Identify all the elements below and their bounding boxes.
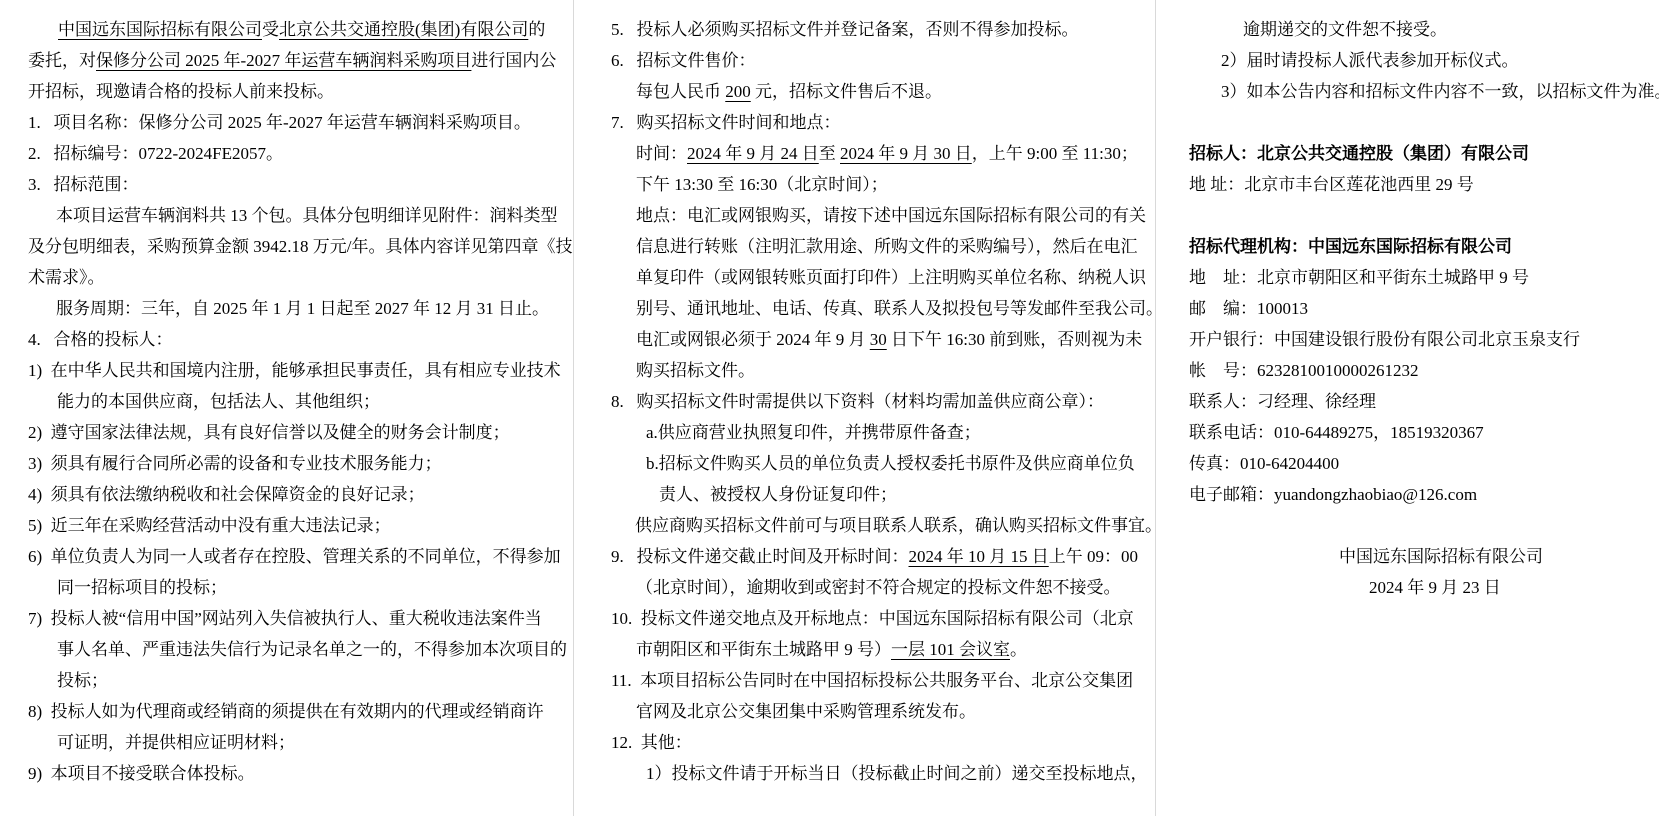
text-segment: 传真：010-64204400 (1189, 454, 1339, 473)
text-segment: 一层 101 会议室 (891, 640, 1010, 659)
text-segment: 12. 其他： (611, 733, 692, 752)
text-line: a.供应商营业执照复印件，并携带原件备查； (611, 417, 1121, 448)
text-line: 单复印件（或网银转账页面打印件）上注明购买单位名称、纳税人识 (611, 262, 1121, 293)
text-line: 9. 投标文件递交截止时间及开标时间：2024 年 10 月 15 日上午 09… (611, 541, 1121, 572)
text-segment: 术需求》。 (28, 268, 105, 287)
text-segment: 30 (870, 330, 887, 349)
text-line: 市朝阳区和平街东土城路甲 9 号）一层 101 会议室。 (611, 634, 1121, 665)
text-segment: 下午 13:30 至 16:30（北京时间）； (636, 175, 888, 194)
text-segment: 6) 单位负责人为同一人或者存在控股、管理关系的不同单位，不得参加 (28, 547, 561, 566)
text-line: 12. 其他： (611, 727, 1121, 758)
text-segment: 电汇或网银必须于 2024 年 9 月 (636, 330, 870, 349)
text-line: 中国远东国际招标有限公司受北京公共交通控股(集团)有限公司的 (28, 14, 530, 45)
text-line: 服务周期：三年，自 2025 年 1 月 1 日起至 2027 年 12 月 3… (28, 293, 530, 324)
text-segment: 开户银行：中国建设银行股份有限公司北京玉泉支行 (1189, 330, 1580, 349)
text-segment: 招标人：北京公共交通控股（集团）有限公司 (1189, 144, 1529, 163)
text-segment: 元，招标文件售后不退。 (751, 82, 942, 101)
text-line: 7. 购买招标文件时间和地点： (611, 107, 1121, 138)
text-segment: 。 (1010, 640, 1027, 659)
text-segment: 电子邮箱：yuandongzhaobiao@126.com (1189, 485, 1477, 504)
text-line: 10. 投标文件递交地点及开标地点：中国远东国际招标有限公司（北京 (611, 603, 1121, 634)
text-line: 地 址：北京市朝阳区和平街东土城路甲 9 号 (1189, 262, 1657, 293)
text-segment: 日下午 16:30 前到账，否则视为未 (887, 330, 1142, 349)
text-line: 7) 投标人被“信用中国”网站列入失信被执行人、重大税收违法案件当 (28, 603, 530, 634)
text-line: 2）届时请投标人派代表参加开标仪式。 (1189, 45, 1657, 76)
text-line: 责人、被授权人身份证复印件； (611, 479, 1121, 510)
text-segment: 投标； (57, 671, 108, 690)
text-line: 购买招标文件。 (611, 355, 1121, 386)
text-segment: 地点：电汇或网银购买，请按下述中国远东国际招标有限公司的有关 (636, 206, 1146, 225)
text-segment: 北京公共交通控股(集团)有限公司 (279, 20, 528, 39)
text-segment: 别号、通讯地址、电话、传真、联系人及拟投包号等发邮件至我公司。 (636, 299, 1163, 318)
text-segment: 及分包明细表，采购预算金额 3942.18 万元/年。具体内容详见第四章《技 (28, 237, 572, 256)
text-line: 4) 须具有依法缴纳税收和社会保障资金的良好记录； (28, 479, 530, 510)
text-segment: 帐 号：6232810010000261232 (1189, 361, 1419, 380)
text-segment: 200 (725, 82, 751, 101)
text-line: 地 址：北京市丰台区莲花池西里 29 号 (1189, 169, 1657, 200)
text-segment: 保修分公司 2025 年-2027 年运营车辆润料采购项目 (96, 51, 471, 70)
text-segment: 5. 投标人必须购买招标文件并登记备案，否则不得参加投标。 (611, 20, 1079, 39)
text-segment: 2. 招标编号：0722-2024FE2057。 (28, 144, 283, 163)
text-segment: 能力的本国供应商，包括法人、其他组织； (57, 392, 380, 411)
document-column-right: 逾期递交的文件恕不接受。2）届时请投标人派代表参加开标仪式。3）如本公告内容和招… (1189, 14, 1657, 603)
text-line: 2024 年 9 月 23 日 (1189, 572, 1657, 603)
text-line: 供应商购买招标文件前可与项目联系人联系，确认购买招标文件事宜。 (611, 510, 1121, 541)
text-segment: 2024 年 9 月 30 日 (840, 144, 972, 163)
text-line: 6. 招标文件售价： (611, 45, 1121, 76)
text-segment: 进行国内公 (471, 51, 556, 70)
text-line: 开招标，现邀请合格的投标人前来投标。 (28, 76, 530, 107)
text-line: 1. 项目名称：保修分公司 2025 年-2027 年运营车辆润料采购项目。 (28, 107, 530, 138)
text-line: 帐 号：6232810010000261232 (1189, 355, 1657, 386)
text-line: 8) 投标人如为代理商或经销商的须提供在有效期内的代理或经销商许 (28, 696, 530, 727)
document-column-left: 中国远东国际招标有限公司受北京公共交通控股(集团)有限公司的委托，对保修分公司 … (28, 14, 530, 789)
text-line: 委托，对保修分公司 2025 年-2027 年运营车辆润料采购项目进行国内公 (28, 45, 530, 76)
text-line: 每包人民币 200 元，招标文件售后不退。 (611, 76, 1121, 107)
text-line: 能力的本国供应商，包括法人、其他组织； (28, 386, 530, 417)
text-segment: 招标代理机构：中国远东国际招标有限公司 (1189, 237, 1512, 256)
text-segment: 2024 年 9 月 24 日 (687, 144, 819, 163)
text-line: 5) 近三年在采购经营活动中没有重大违法记录； (28, 510, 530, 541)
text-segment: 2）届时请投标人派代表参加开标仪式。 (1221, 51, 1519, 70)
text-line: 2. 招标编号：0722-2024FE2057。 (28, 138, 530, 169)
text-line: 电子邮箱：yuandongzhaobiao@126.com (1189, 479, 1657, 510)
text-segment: 单复印件（或网银转账页面打印件）上注明购买单位名称、纳税人识 (636, 268, 1146, 287)
column-separator-right (1155, 0, 1156, 816)
text-segment: a.供应商营业执照复印件，并携带原件备查； (646, 423, 981, 442)
text-line: 3）如本公告内容和招标文件内容不一致，以招标文件为准。 (1189, 76, 1657, 107)
text-line: 术需求》。 (28, 262, 530, 293)
text-segment: 每包人民币 (636, 82, 725, 101)
text-line: 邮 编：100013 (1189, 293, 1657, 324)
text-segment: 3) 须具有履行合同所必需的设备和专业技术服务能力； (28, 454, 442, 473)
text-segment: 委托，对 (28, 51, 96, 70)
text-segment: 地 址：北京市丰台区莲花池西里 29 号 (1189, 175, 1474, 194)
text-line: 投标； (28, 665, 530, 696)
text-line (1189, 200, 1657, 231)
text-segment: 联系电话：010-64489275，18519320367 (1189, 423, 1484, 442)
text-line: 地点：电汇或网银购买，请按下述中国远东国际招标有限公司的有关 (611, 200, 1121, 231)
text-line: 5. 投标人必须购买招标文件并登记备案，否则不得参加投标。 (611, 14, 1121, 45)
text-segment: 4. 合格的投标人： (28, 330, 173, 349)
text-segment: 1. 项目名称：保修分公司 2025 年-2027 年运营车辆润料采购项目。 (28, 113, 531, 132)
text-line: 同一招标项目的投标； (28, 572, 530, 603)
text-line: 6) 单位负责人为同一人或者存在控股、管理关系的不同单位，不得参加 (28, 541, 530, 572)
text-line: 招标代理机构：中国远东国际招标有限公司 (1189, 231, 1657, 262)
text-segment: 5) 近三年在采购经营活动中没有重大违法记录； (28, 516, 391, 535)
text-line: 开户银行：中国建设银行股份有限公司北京玉泉支行 (1189, 324, 1657, 355)
text-segment: 可证明，并提供相应证明材料； (57, 733, 295, 752)
text-line: 可证明，并提供相应证明材料； (28, 727, 530, 758)
text-segment: 2024 年 10 月 15 日 (909, 547, 1049, 566)
text-segment: 地 址：北京市朝阳区和平街东土城路甲 9 号 (1189, 268, 1529, 287)
text-line: 3) 须具有履行合同所必需的设备和专业技术服务能力； (28, 448, 530, 479)
text-segment: 责人、被授权人身份证复印件； (659, 485, 897, 504)
text-segment: 官网及北京公交集团集中采购管理系统发布。 (636, 702, 976, 721)
text-segment: 时间： (636, 144, 687, 163)
text-segment: 8. 购买招标文件时需提供以下资料（材料均需加盖供应商公章）： (611, 392, 1104, 411)
text-line: 时间：2024 年 9 月 24 日至 2024 年 9 月 30 日，上午 9… (611, 138, 1121, 169)
document-column-middle: 5. 投标人必须购买招标文件并登记备案，否则不得参加投标。6. 招标文件售价：每… (611, 14, 1121, 789)
text-line: 别号、通讯地址、电话、传真、联系人及拟投包号等发邮件至我公司。 (611, 293, 1121, 324)
text-segment: 供应商购买招标文件前可与项目联系人联系，确认购买招标文件事宜。 (635, 516, 1162, 535)
text-segment: 至 (819, 144, 840, 163)
text-line: 逾期递交的文件恕不接受。 (1189, 14, 1657, 45)
text-line: 1) 在中华人民共和国境内注册，能够承担民事责任，具有相应专业技术 (28, 355, 530, 386)
text-segment: 2024 年 9 月 23 日 (1369, 578, 1501, 597)
text-line: 11. 本项目招标公告同时在中国招标投标公共服务平台、北京公交集团 (611, 665, 1121, 696)
text-segment: 联系人：刁经理、徐经理 (1189, 392, 1376, 411)
text-segment: 邮 编：100013 (1189, 299, 1308, 318)
text-segment: 市朝阳区和平街东土城路甲 9 号） (636, 640, 891, 659)
text-segment: 上午 09：00 (1049, 547, 1138, 566)
text-segment: 的 (528, 20, 545, 39)
text-segment: 同一招标项目的投标； (57, 578, 227, 597)
text-line: 招标人：北京公共交通控股（集团）有限公司 (1189, 138, 1657, 169)
text-segment: 信息进行转账（注明汇款用途、所购文件的采购编号），然后在电汇 (636, 237, 1138, 256)
text-segment: 开招标，现邀请合格的投标人前来投标。 (28, 82, 334, 101)
text-segment: ，上午 9:00 至 11:30； (972, 144, 1138, 163)
text-line: 传真：010-64204400 (1189, 448, 1657, 479)
text-segment: 中国远东国际招标有限公司 (1339, 547, 1543, 566)
text-line (1189, 510, 1657, 541)
text-segment: 9. 投标文件递交截止时间及开标时间： (611, 547, 909, 566)
text-line: 联系人：刁经理、徐经理 (1189, 386, 1657, 417)
text-line: 3. 招标范围： (28, 169, 530, 200)
text-segment: 中国远东国际招标有限公司 (58, 20, 262, 39)
text-segment: （北京时间），逾期收到或密封不符合规定的投标文件恕不接受。 (636, 578, 1121, 597)
text-line (1189, 107, 1657, 138)
text-segment: 1）投标文件请于开标当日（投标截止时间之前）递交至投标地点， (646, 764, 1148, 783)
text-segment: 受 (262, 20, 279, 39)
text-line: 1）投标文件请于开标当日（投标截止时间之前）递交至投标地点， (611, 758, 1121, 789)
text-segment: b.招标文件购买人员的单位负责人授权委托书原件及供应商单位负 (646, 454, 1135, 473)
text-line: 中国远东国际招标有限公司 (1189, 541, 1657, 572)
text-segment: 事人名单、严重违法失信行为记录名单之一的，不得参加本次项目的 (57, 640, 567, 659)
text-segment: 7) 投标人被“信用中国”网站列入失信被执行人、重大税收违法案件当 (28, 609, 542, 628)
text-line: 事人名单、严重违法失信行为记录名单之一的，不得参加本次项目的 (28, 634, 530, 665)
text-segment: 10. 投标文件递交地点及开标地点：中国远东国际招标有限公司（北京 (611, 609, 1134, 628)
text-segment: 7. 购买招标文件时间和地点： (611, 113, 841, 132)
text-segment: 服务周期：三年，自 2025 年 1 月 1 日起至 2027 年 12 月 3… (56, 299, 549, 318)
text-segment: 9) 本项目不接受联合体投标。 (28, 764, 255, 783)
column-separator-left (573, 0, 574, 816)
text-segment: 2) 遵守国家法律法规，具有良好信誉以及健全的财务会计制度； (28, 423, 510, 442)
text-line: 下午 13:30 至 16:30（北京时间）； (611, 169, 1121, 200)
text-line: b.招标文件购买人员的单位负责人授权委托书原件及供应商单位负 (611, 448, 1121, 479)
tender-announcement-document: 中国远东国际招标有限公司受北京公共交通控股(集团)有限公司的委托，对保修分公司 … (0, 0, 1659, 816)
text-segment: 6. 招标文件售价： (611, 51, 756, 70)
text-segment: 11. 本项目招标公告同时在中国招标投标公共服务平台、北京公交集团 (611, 671, 1133, 690)
text-line: 2) 遵守国家法律法规，具有良好信誉以及健全的财务会计制度； (28, 417, 530, 448)
text-segment: 1) 在中华人民共和国境内注册，能够承担民事责任，具有相应专业技术 (28, 361, 561, 380)
text-line: 及分包明细表，采购预算金额 3942.18 万元/年。具体内容详见第四章《技 (28, 231, 530, 262)
text-line: 4. 合格的投标人： (28, 324, 530, 355)
text-segment: 购买招标文件。 (636, 361, 755, 380)
text-segment: 逾期递交的文件恕不接受。 (1243, 20, 1447, 39)
text-line: 9) 本项目不接受联合体投标。 (28, 758, 530, 789)
text-line: 电汇或网银必须于 2024 年 9 月 30 日下午 16:30 前到账，否则视… (611, 324, 1121, 355)
text-line: 官网及北京公交集团集中采购管理系统发布。 (611, 696, 1121, 727)
text-segment: 8) 投标人如为代理商或经销商的须提供在有效期内的代理或经销商许 (28, 702, 544, 721)
text-segment: 4) 须具有依法缴纳税收和社会保障资金的良好记录； (28, 485, 425, 504)
text-line: 本项目运营车辆润料共 13 个包。具体分包明细详见附件：润料类型 (28, 200, 530, 231)
text-line: 联系电话：010-64489275，18519320367 (1189, 417, 1657, 448)
text-line: 信息进行转账（注明汇款用途、所购文件的采购编号），然后在电汇 (611, 231, 1121, 262)
text-segment: 3）如本公告内容和招标文件内容不一致，以招标文件为准。 (1221, 82, 1659, 101)
text-segment: 本项目运营车辆润料共 13 个包。具体分包明细详见附件：润料类型 (56, 206, 558, 225)
text-line: 8. 购买招标文件时需提供以下资料（材料均需加盖供应商公章）： (611, 386, 1121, 417)
text-line: （北京时间），逾期收到或密封不符合规定的投标文件恕不接受。 (611, 572, 1121, 603)
text-segment: 3. 招标范围： (28, 175, 139, 194)
